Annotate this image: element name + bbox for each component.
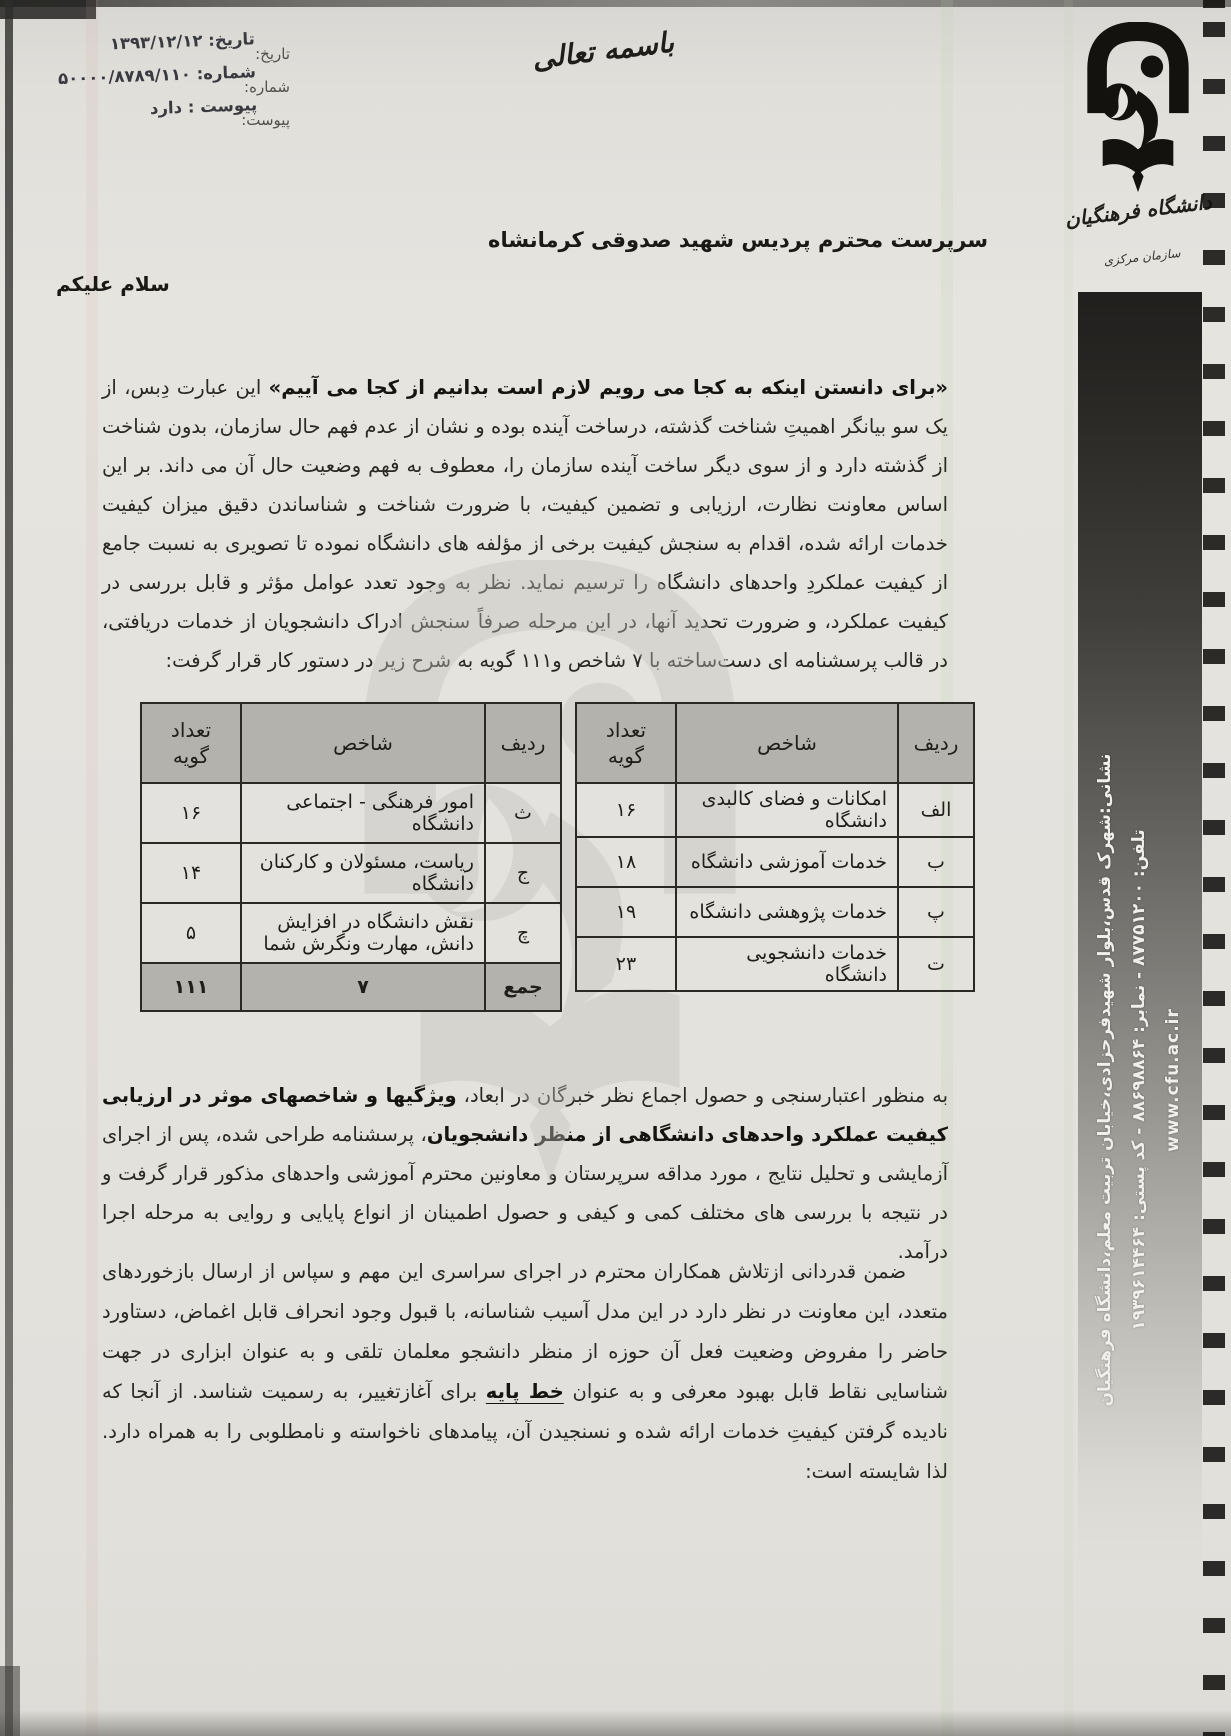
indicators-table-left: ردیف شاخص تعداد گویه ث امور فرهنگی - اجت… bbox=[140, 702, 562, 1012]
spiral-binding-holes bbox=[1203, 0, 1225, 1736]
scan-edge-top bbox=[0, 0, 1231, 7]
paragraph-2: به منظور اعتبارسنجی و حصول اجماع نظر خبر… bbox=[102, 1076, 948, 1271]
row-id-cell: ث bbox=[485, 783, 561, 843]
count-cell: ۱۱۱ bbox=[141, 963, 241, 1011]
scan-edge-bottom bbox=[0, 1710, 1231, 1736]
table-row: ت خدمات دانشجویی دانشگاه ۲۳ bbox=[576, 937, 974, 991]
table-row: ث امور فرهنگی - اجتماعی دانشگاه ۱۶ bbox=[141, 783, 561, 843]
count-cell: ۱۴ bbox=[141, 843, 241, 903]
table-row: چ نقش دانشگاه در افزایش دانش، مهارت ونگر… bbox=[141, 903, 561, 963]
indicator-cell: خدمات دانشجویی دانشگاه bbox=[676, 937, 898, 991]
date-number-stamp: تاریخ: ۱۳۹۳/۱۲/۱۲ شماره: ۵۰۰۰۰/۸۷۸۹/۱۱۰ … bbox=[39, 22, 257, 128]
sidebar-contact-block: نشانی:شهرک قدس،بلوار شهیدفرحزادی،خیابان … bbox=[1088, 690, 1192, 1470]
sidebar-website: www.cfu.ac.ir bbox=[1156, 690, 1190, 1470]
row-id-cell: پ bbox=[898, 887, 974, 937]
indicator-cell: نقش دانشگاه در افزایش دانش، مهارت ونگرش … bbox=[241, 903, 485, 963]
scan-corner-top-left bbox=[0, 0, 96, 19]
paragraph-1-quote: «برای دانستن اینکه به کجا می رویم لازم ا… bbox=[269, 376, 948, 399]
table-row: ج ریاست، مسئولان و کارکنان دانشگاه ۱۴ bbox=[141, 843, 561, 903]
indicator-cell: خدمات آموزشی دانشگاه bbox=[676, 837, 898, 887]
table-row: پ خدمات پژوهشی دانشگاه ۱۹ bbox=[576, 887, 974, 937]
count-cell: ۱۸ bbox=[576, 837, 676, 887]
indicator-cell: ۷ bbox=[241, 963, 485, 1011]
header-indicator: شاخص bbox=[676, 703, 898, 783]
count-cell: ۲۳ bbox=[576, 937, 676, 991]
paragraph-2-pre: به منظور اعتبارسنجی و حصول اجماع نظر خبر… bbox=[457, 1084, 948, 1107]
indicator-cell: امور فرهنگی - اجتماعی دانشگاه bbox=[241, 783, 485, 843]
row-id-cell: ج bbox=[485, 843, 561, 903]
header-indicator: شاخص bbox=[241, 703, 485, 783]
header-item-count: تعداد گویه bbox=[576, 703, 676, 783]
recipient-line: سرپرست محترم پردیس شهید صدوقی کرمانشاه bbox=[488, 228, 988, 252]
paragraph-1-text: این عبارت دِبس، از یک سو بیانگر اهمیتِ ش… bbox=[102, 376, 948, 672]
table-row: الف امکانات و فضای کالبدی دانشگاه ۱۶ bbox=[576, 783, 974, 837]
sidebar-address: نشانی:شهرک قدس،بلوار شهیدفرحزادی،خیابان … bbox=[1088, 690, 1122, 1470]
indicator-cell: خدمات پژوهشی دانشگاه bbox=[676, 887, 898, 937]
org-subtitle: سازمان مرکزی bbox=[1092, 245, 1193, 269]
indicator-cell: امکانات و فضای کالبدی دانشگاه bbox=[676, 783, 898, 837]
paragraph-3: ضمن قدردانی ازتلاش همکاران محترم در اجرا… bbox=[102, 1252, 948, 1492]
scan-corner-bottom-left bbox=[0, 1666, 20, 1736]
scan-streak bbox=[86, 0, 98, 1736]
table-total-row: جمع ۷ ۱۱۱ bbox=[141, 963, 561, 1011]
row-id-cell: الف bbox=[898, 783, 974, 837]
row-id-cell: چ bbox=[485, 903, 561, 963]
university-logo-icon bbox=[1082, 22, 1194, 194]
form-label-attachment: پیوست: bbox=[241, 104, 290, 137]
row-id-cell: جمع bbox=[485, 963, 561, 1011]
header-item-count: تعداد گویه bbox=[141, 703, 241, 783]
table-row: ب خدمات آموزشی دانشگاه ۱۸ bbox=[576, 837, 974, 887]
paragraph-1: «برای دانستن اینکه به کجا می رویم لازم ا… bbox=[102, 368, 948, 680]
row-id-cell: ت bbox=[898, 937, 974, 991]
row-id-cell: ب bbox=[898, 837, 974, 887]
count-cell: ۱۶ bbox=[141, 783, 241, 843]
org-name: دانشگاه فرهنگیان bbox=[1071, 190, 1213, 231]
count-cell: ۵ bbox=[141, 903, 241, 963]
indicators-table-right: ردیف شاخص تعداد گویه الف امکانات و فضای … bbox=[575, 702, 975, 992]
scan-streak bbox=[1064, 0, 1073, 1736]
letterhead-form-labels: تاریخ: شماره: پیوست: bbox=[241, 38, 290, 137]
form-label-number: شماره: bbox=[241, 71, 290, 104]
bismillah-calligraphy: باسمه تعالی bbox=[527, 25, 680, 76]
count-cell: ۱۶ bbox=[576, 783, 676, 837]
indicator-cell: ریاست، مسئولان و کارکنان دانشگاه bbox=[241, 843, 485, 903]
scanned-letter-page: تاریخ: ۱۳۹۳/۱۲/۱۲ شماره: ۵۰۰۰۰/۸۷۸۹/۱۱۰ … bbox=[0, 0, 1231, 1736]
table-header-row: ردیف شاخص تعداد گویه bbox=[141, 703, 561, 783]
header-row-number: ردیف bbox=[898, 703, 974, 783]
header-row-number: ردیف bbox=[485, 703, 561, 783]
paragraph-3-baseline-term: خط پایه bbox=[486, 1380, 564, 1403]
form-label-date: تاریخ: bbox=[241, 38, 290, 71]
sidebar-contact: تلفن: ۸۷۷۵۱۲۰۰ - نمابر: ۸۸۶۹۸۸۶۴ - کد پس… bbox=[1122, 690, 1156, 1470]
scan-edge-left bbox=[5, 0, 13, 1736]
count-cell: ۱۹ bbox=[576, 887, 676, 937]
table-header-row: ردیف شاخص تعداد گویه bbox=[576, 703, 974, 783]
greeting-line: سلام علیکم bbox=[56, 272, 170, 296]
